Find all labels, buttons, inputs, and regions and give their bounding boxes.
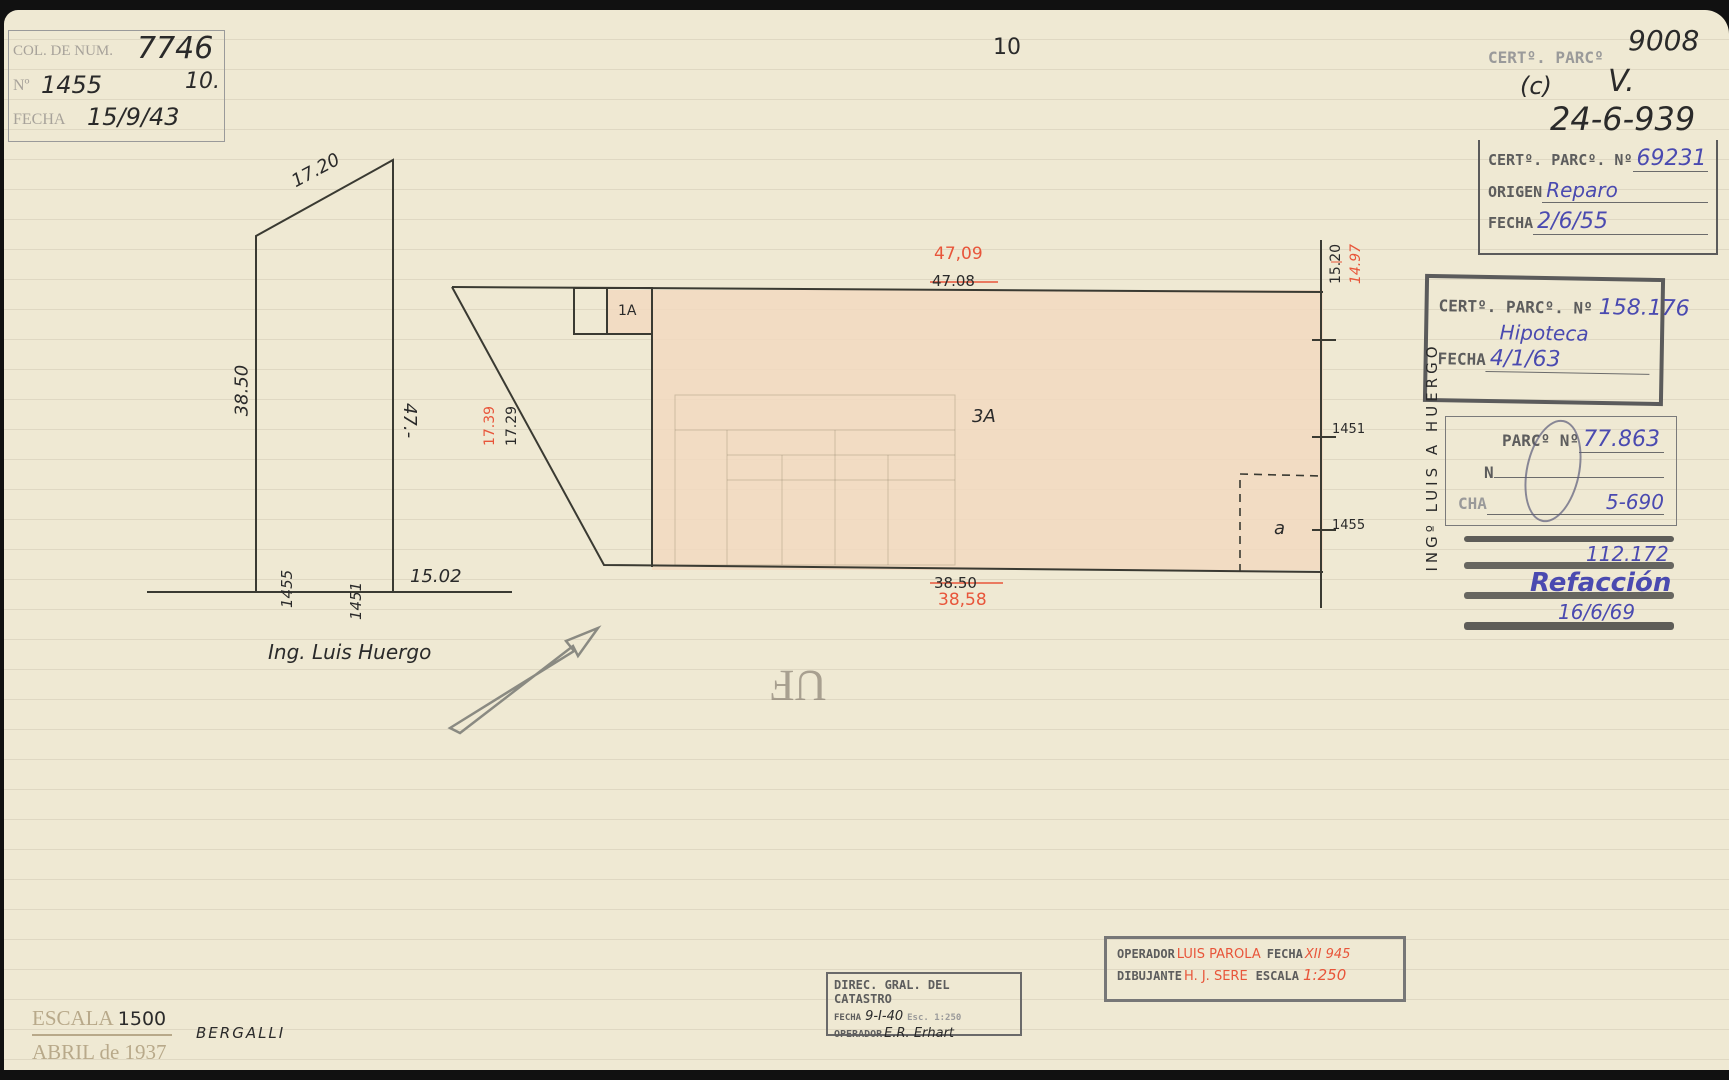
footer-date: ABRIL de 1937 <box>32 1040 167 1065</box>
label-fecha: FECHA <box>1488 214 1533 232</box>
value-cert: 69231 <box>1633 146 1709 172</box>
footer-signature: BERGALLI <box>196 1024 285 1042</box>
stamp-operador: OPERADOR LUIS PAROLA FECHA XII 945 DIBUJ… <box>1104 936 1406 1002</box>
stamp-note-v: V. <box>1608 64 1635 99</box>
catastro-value-fecha: 9-I-40 <box>861 1009 903 1024</box>
left-parcel-outline <box>147 160 512 592</box>
slant-edge-original: 17.29 <box>504 406 520 446</box>
left-parcel-right-edge: 47.- <box>399 403 420 438</box>
value-fecha: 5-690 <box>1487 490 1664 515</box>
right-edge-original: 15.20 <box>1328 244 1344 284</box>
redacted-date: 16/6/69 <box>1558 600 1635 624</box>
slant-edge-corrected: 17.39 <box>482 406 498 446</box>
label-origen: ORIGEN <box>1488 183 1542 201</box>
stamp-note-mark: (c) <box>1520 72 1552 100</box>
top-edge-original: 47.08 <box>932 272 975 290</box>
stamp-value-extra: 10. <box>185 69 220 94</box>
value-origen: Reparo <box>1542 178 1708 203</box>
label-cert: CERTº. PARCº. Nº <box>1438 296 1592 318</box>
right-edge-corrected: 14.97 <box>1348 244 1364 284</box>
catastro-value-operador: E.R. Erhart <box>882 1026 954 1041</box>
catastro-label-fecha: FECHA <box>834 1013 861 1023</box>
value-escala: 1:250 <box>1299 966 1346 984</box>
left-street-name: Ing. Luis Huergo <box>268 640 431 664</box>
value-fecha: 4/1/63 <box>1486 346 1650 375</box>
unit-a: a <box>1274 518 1285 539</box>
stamp-value-num: 1455 <box>41 71 102 99</box>
left-door-1451: 1451 <box>347 582 365 620</box>
stamp-faded-label-cert: CERTº. PARCº <box>1488 48 1604 67</box>
stamp-redacted: 112.172 Refacción 16/6/69 <box>1460 532 1680 642</box>
unit-1a: 1A <box>618 303 636 319</box>
catastro-title: DIREC. GRAL. DEL CATASTRO <box>834 978 1014 1006</box>
mirrored-watermark: UF <box>770 660 826 711</box>
label-dibujante: DIBUJANTE <box>1117 969 1182 983</box>
footer-divider <box>32 1034 172 1036</box>
main-door-1455: 1455 <box>1332 518 1365 533</box>
stamp-certificado-77863: PARCº Nº77.863 N CHA5-690 <box>1445 416 1677 526</box>
left-parcel-left-edge: 38.50 <box>231 365 252 417</box>
footer-escala: ESCALA 1500 <box>32 1006 166 1031</box>
note-hipoteca: Hipoteca <box>1438 319 1650 347</box>
value-fecha: 2/6/55 <box>1533 209 1708 235</box>
stamp-hipoteca: CERTº. PARCº. Nº158.176 Hipoteca FECHA4/… <box>1423 274 1665 406</box>
bottom-edge-corrected: 38,58 <box>938 590 987 610</box>
left-door-1455: 1455 <box>278 570 296 608</box>
north-arrow-icon <box>450 628 598 733</box>
catastro-escala: Esc. 1:250 <box>903 1013 961 1023</box>
value-cert: 158.176 <box>1592 295 1689 322</box>
label-operador: OPERADOR <box>1117 947 1175 961</box>
stamp-date: 24-6-939 <box>1550 100 1695 138</box>
redacted-number: 112.172 <box>1586 542 1669 566</box>
stamp-certificado-69231: CERTº. PARCº. Nº69231 ORIGENReparo FECHA… <box>1478 140 1718 255</box>
value-operador: LUIS PAROLA <box>1175 947 1267 962</box>
page-number: 10 <box>993 35 1021 60</box>
footer-escala-value: 1500 <box>118 1008 166 1030</box>
label-escala: ESCALA <box>1256 969 1299 983</box>
catastro-label-operador: OPERADOR <box>834 1029 882 1040</box>
top-edge-corrected: 47,09 <box>934 244 983 264</box>
main-door-1451: 1451 <box>1332 422 1365 437</box>
main-street-name: INGº LUIS A HUERGO <box>1423 327 1441 587</box>
stamp-catastro: DIREC. GRAL. DEL CATASTRO FECHA 9-I-40 E… <box>826 972 1022 1036</box>
redacted-note: Refacción <box>1530 568 1671 598</box>
stamp-value-fecha: 15/9/43 <box>87 103 180 131</box>
label-fecha: FECHA <box>1437 349 1485 369</box>
label-origen: N <box>1484 463 1494 482</box>
stamp-value-col: 7746 <box>137 31 213 66</box>
stamp-label-fecha: FECHA <box>13 111 65 129</box>
stamp-colocacion-numero: COL. DE NUM. 7746 Nº 1455 10. FECHA 15/9… <box>8 30 225 142</box>
label-fecha: CHA <box>1458 494 1487 513</box>
stamp-label-num: Nº <box>13 77 30 95</box>
footer-escala-label: ESCALA <box>32 1006 113 1030</box>
label-fecha: FECHA <box>1267 947 1303 961</box>
value-dibujante: H. J. SERE <box>1182 969 1256 984</box>
value-cert: 77.863 <box>1579 427 1664 453</box>
left-parcel-frontage: 15.02 <box>410 566 462 587</box>
stamp-certificado-1939: CERTº. PARCº 9008 (c) V. 24-6-939 <box>1480 30 1720 150</box>
label-cert: CERTº. PARCº. Nº <box>1488 151 1633 169</box>
stamp-note-number: 9008 <box>1628 24 1699 57</box>
value-fecha: XII 945 <box>1303 947 1351 962</box>
unit-3a: 3A <box>972 406 996 427</box>
stamp-label-col: COL. DE NUM. <box>13 43 113 60</box>
